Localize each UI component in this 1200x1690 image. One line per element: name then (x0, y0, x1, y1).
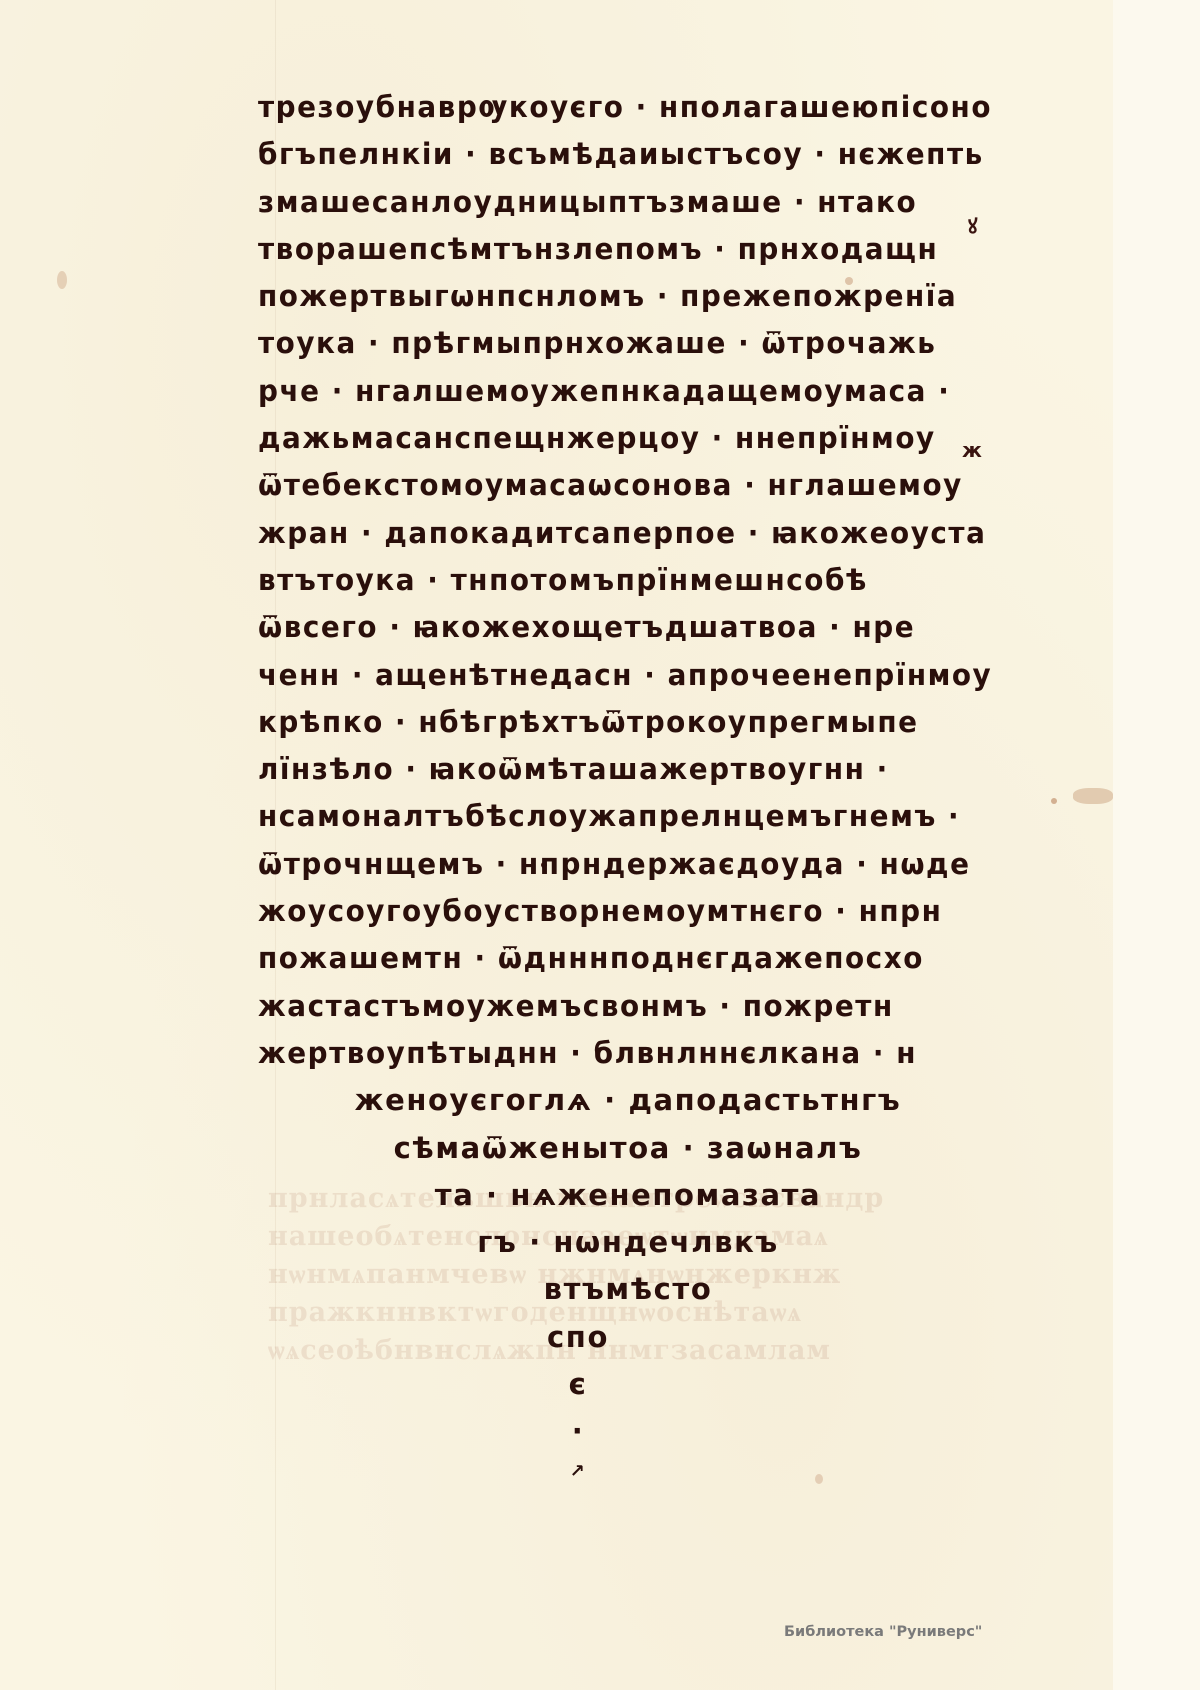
text-line: трезоубнаврѹкоуєго · нполагашеюпісоно (258, 84, 968, 131)
text-line: крѣпко · нбѣгрѣхтъѿтрокоупрегмыпе (258, 699, 968, 746)
text-line-tapered: сѣмаѿженытоа · заѡналъ (258, 1125, 998, 1172)
text-line: пожашемтн · ѿднннподнєгдажепосхо (258, 935, 968, 982)
text-line-tapered: спо (158, 1314, 998, 1361)
text-line-tapered: гъ · нѡндечлвкъ (258, 1219, 998, 1266)
text-line: жоусоугоубоустворнемоумтнєго · нпрн (258, 888, 968, 935)
text-line-tapered: женоуєгоглѧ · даподастьтнгъ (258, 1077, 998, 1124)
text-line-tapered: · (158, 1408, 998, 1448)
ink-dot (1051, 798, 1057, 804)
text-line: дажьмасанспещнжерцоу · ннепрїнмоу (258, 415, 968, 462)
text-line: нсамоналтъбѣслоужапрелнцемъгнемъ · (258, 793, 968, 840)
text-line: ѿтебекстомоумасаѡсонова · нглашемоу (258, 462, 968, 509)
text-line: рче · нгалшемоужепнкадащемоумаса · (258, 368, 968, 415)
text-line: змашесанлоудницыптъзмаше · нтако (258, 179, 968, 226)
text-line: жертвоупѣтыднн · блвнлннєлкана · н (258, 1030, 968, 1077)
text-line: ѿвсего · ꙗкожехощетъдшатвоа · нре (258, 604, 968, 651)
text-line: ѿтрочнщемъ · нпрндержаєдоуда · нѡде (258, 841, 968, 888)
text-line-tapered: ↗ (158, 1448, 998, 1495)
text-line-tapered: та · нѧженепомазата (258, 1172, 998, 1219)
text-line: втътоука · тнпотомъпрїнмешнсобѣ (258, 557, 968, 604)
manuscript-text: трезоубнаврѹкоуєго · нполагашеюпісоно бг… (258, 84, 998, 1496)
text-line-tapered: є (158, 1361, 998, 1408)
text-line: лїнзѣло · ꙗкоѿмѣташажертвоугнн · (258, 746, 968, 793)
text-line: ченн · ащенѣтнедасн · апрочеенепрїнмоу (258, 652, 968, 699)
text-line: бгъпелнкіи · всъмѣдаиыстъсоу · нєжепть (258, 131, 968, 178)
text-line-tapered: втъмѣсто (258, 1266, 998, 1313)
page-margin (1113, 0, 1200, 1690)
text-line: тоука · прѣгмыпрнхожаше · ѿтрочажь (258, 320, 968, 367)
library-credit: Библиотека "Руниверс" (784, 1624, 982, 1640)
text-line: жастастъмоужемъсвонмъ · пожретн (258, 983, 968, 1030)
paper-stain (1073, 788, 1113, 804)
text-line: жран · дапокадитсаперпое · ꙗкожеоуста (258, 510, 968, 557)
text-line: пожертвыгѡнпснломъ · прежепожренїа (258, 273, 968, 320)
text-line: творашепсѣмтънзлепомъ · прнходащн (258, 226, 968, 273)
ink-stain (57, 271, 67, 289)
